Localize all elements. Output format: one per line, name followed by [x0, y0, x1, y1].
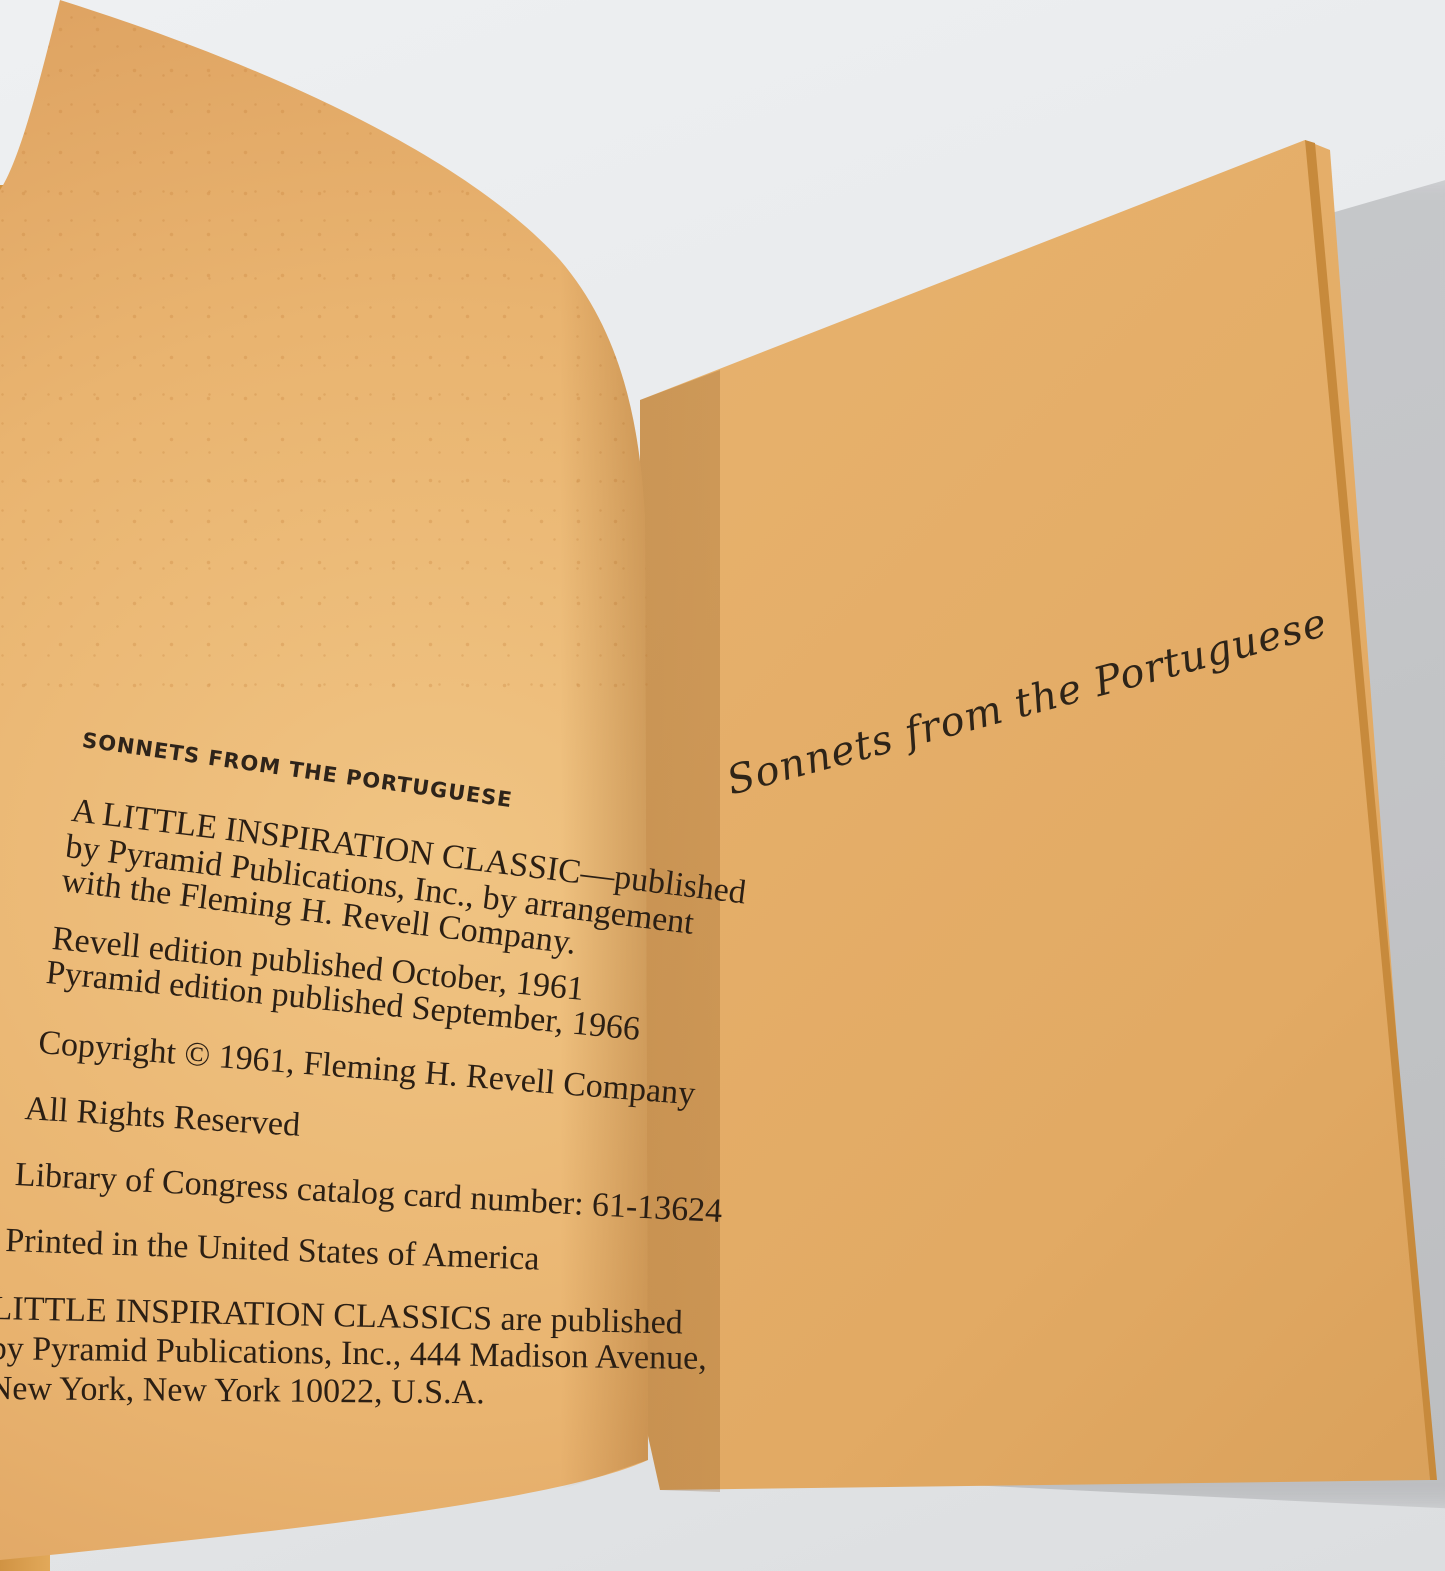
book-photo: Sonnets from the Portuguese SONNETS FROM…	[0, 0, 1445, 1571]
copyright-line: New York, New York 10022, U.S.A.	[0, 1370, 485, 1412]
